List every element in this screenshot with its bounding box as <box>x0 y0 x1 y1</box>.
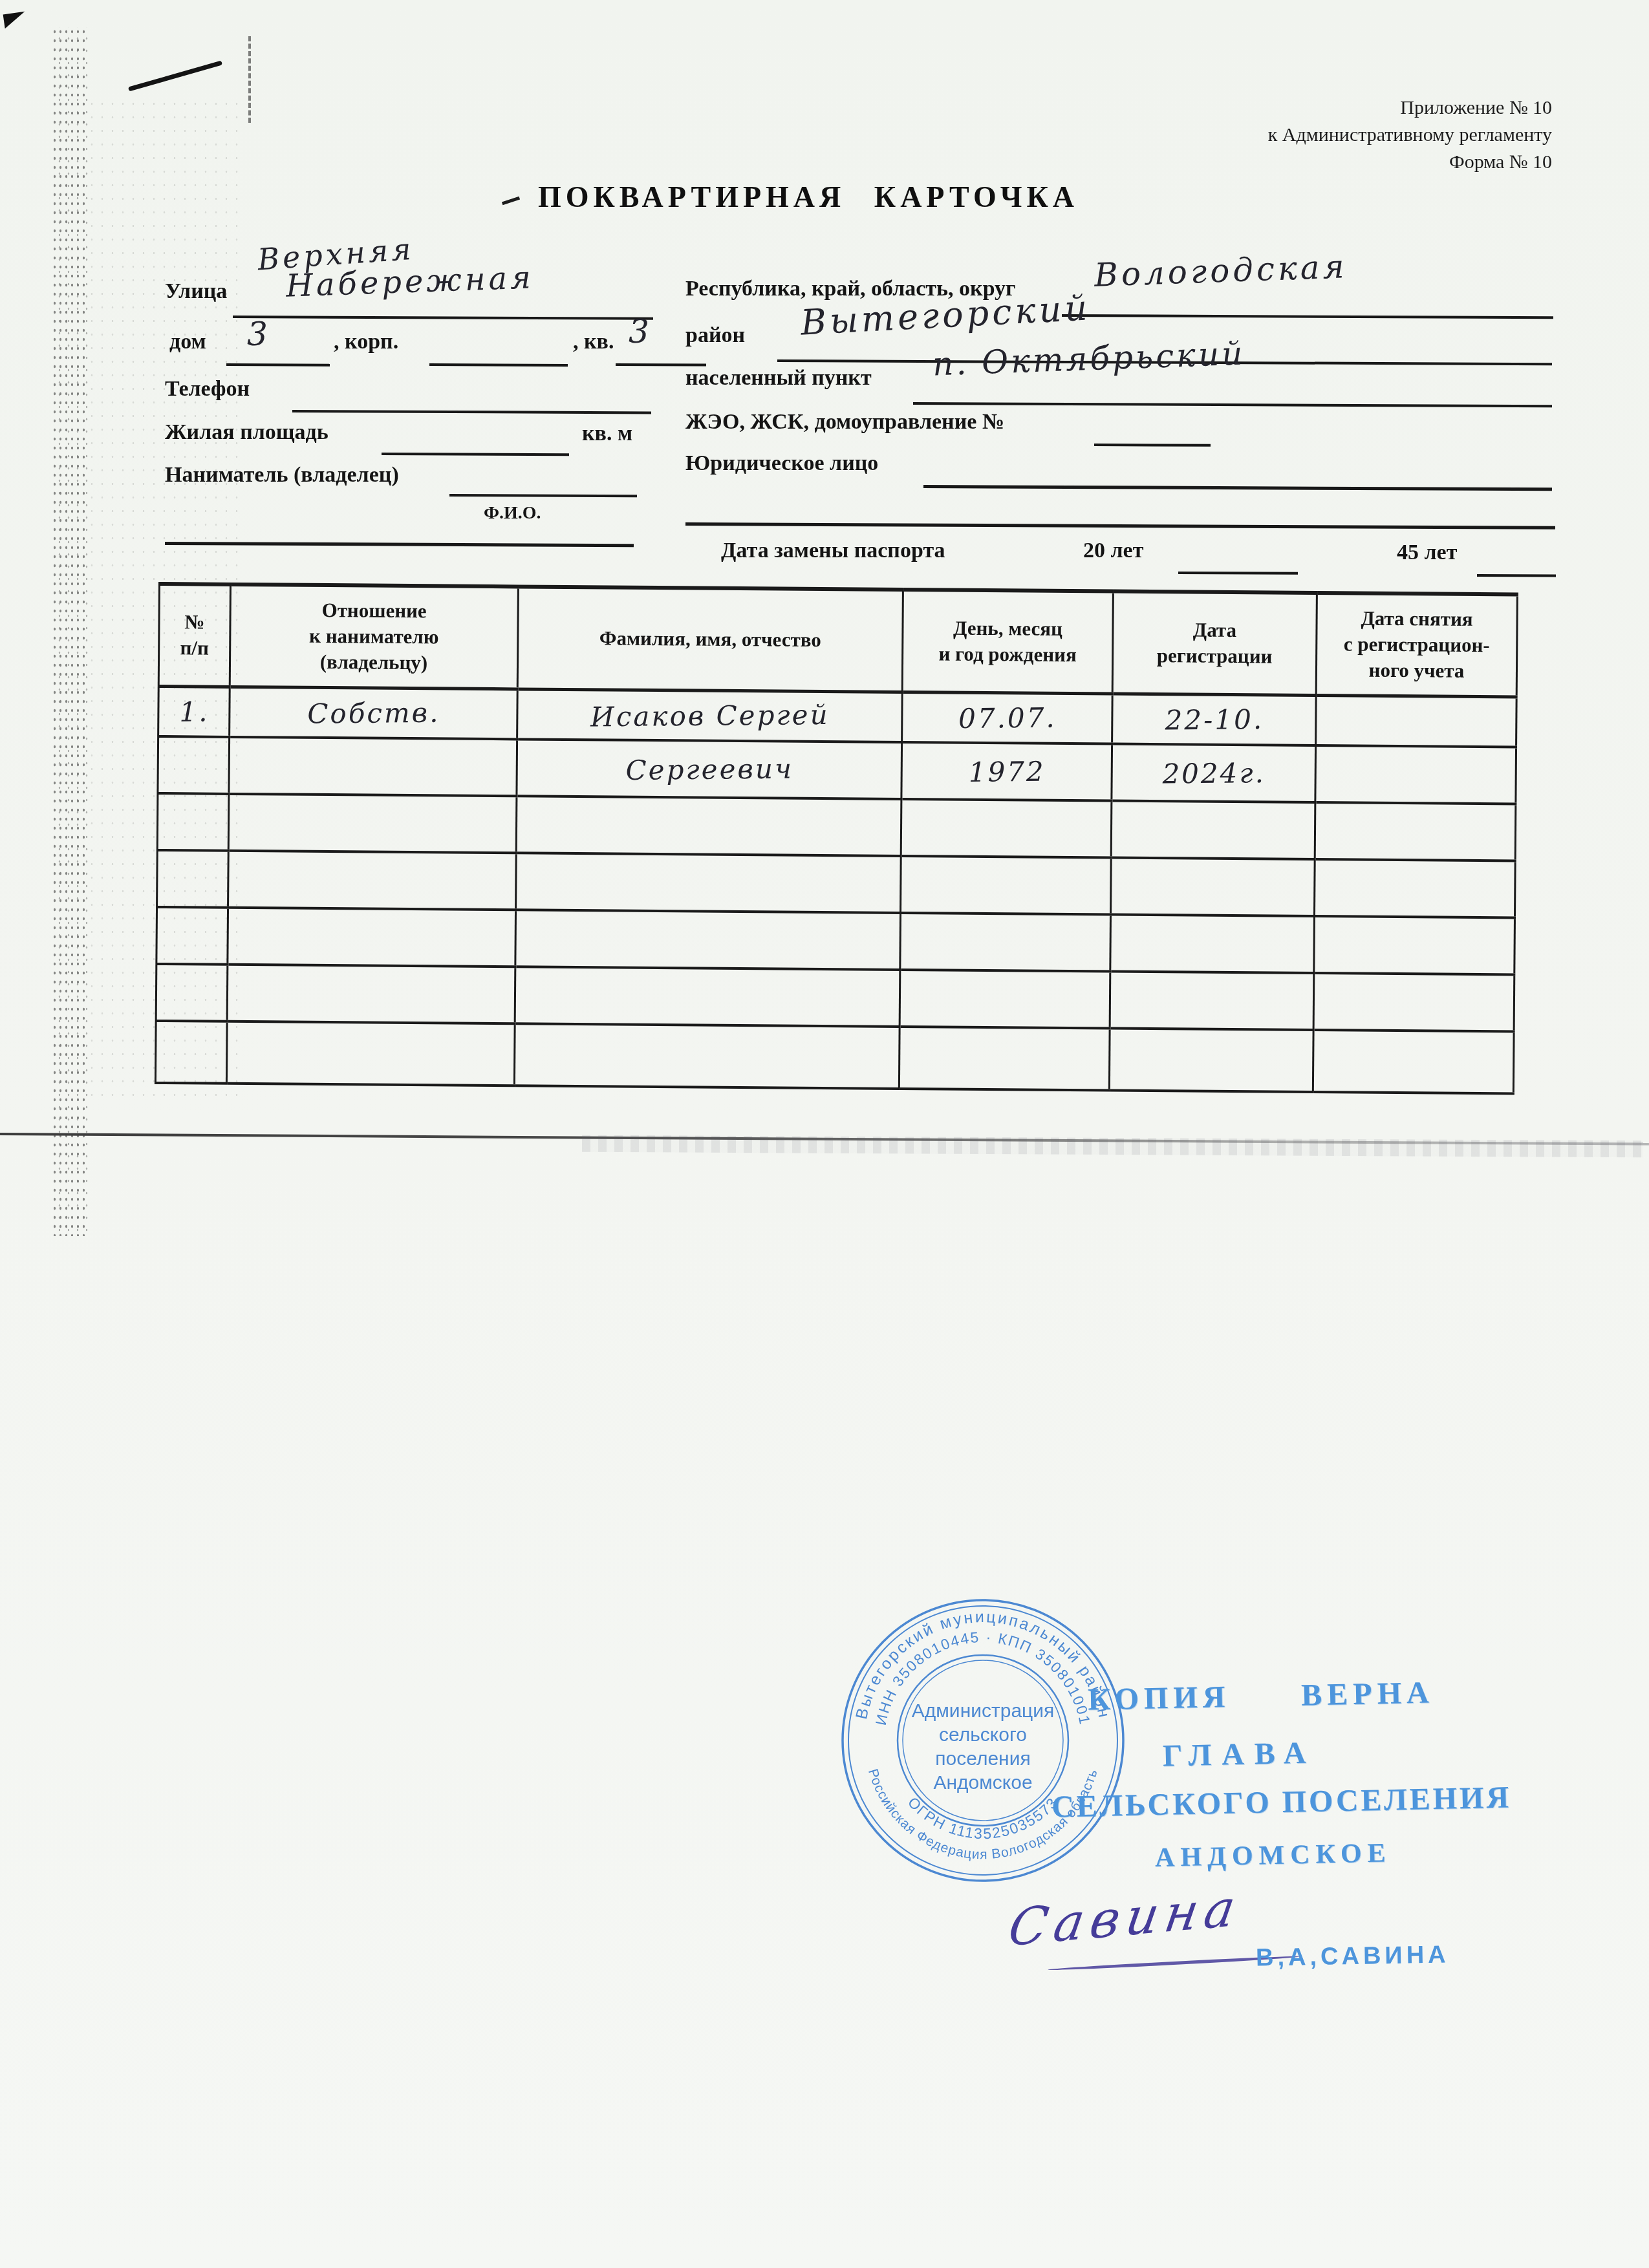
passport-20-label: 20 лет <box>1083 539 1143 563</box>
table-cell <box>1109 1029 1313 1092</box>
table-row <box>156 964 1514 1031</box>
settlement-label: населенный пункт <box>685 366 872 390</box>
zheo-label: ЖЭО, ЖСК, домоуправление № <box>685 410 1004 434</box>
table-cell: Исаков Сергей <box>517 689 903 743</box>
seal-center-line: поселения <box>935 1748 1030 1770</box>
table-header-row: № п/п Отношение к нанимателю (владельцу)… <box>158 584 1517 696</box>
district-label: район <box>685 323 745 348</box>
table-cell <box>1314 916 1515 974</box>
andomskoe-stamp: АНДОМСКОЕ <box>1155 1837 1392 1874</box>
table-cell <box>157 850 229 908</box>
municipal-seal-stamp: Вытегорский муниципальный район Российск… <box>833 1590 1134 1891</box>
appendix-block: Приложение № 10 к Административному регл… <box>1268 94 1552 176</box>
table-cell: 1972 <box>901 742 1112 801</box>
table-cell <box>516 796 901 856</box>
passport-20-underline <box>1178 572 1298 575</box>
col-header-regdate: Дата регистрации <box>1112 592 1317 695</box>
table-cell <box>228 851 517 910</box>
table-cell <box>1111 858 1315 916</box>
glava-stamp: ГЛАВА <box>1162 1735 1316 1774</box>
table-cell <box>516 853 901 913</box>
table-cell <box>1315 802 1516 861</box>
table-cell <box>228 908 516 967</box>
table-cell <box>155 1021 227 1084</box>
signer-name-stamp: В,А,САВИНА <box>1256 1941 1450 1972</box>
appendix-line: Приложение № 10 <box>1268 94 1552 122</box>
street-label: Улица <box>165 279 227 304</box>
verna-word: ВЕРНА <box>1301 1674 1434 1713</box>
corp-underline <box>429 363 568 367</box>
table-cell <box>227 965 515 1023</box>
col-header-fio: Фамилия, имя, отчество <box>517 586 903 692</box>
table-cell <box>901 799 1112 858</box>
passport-45-label: 45 лет <box>1397 540 1457 565</box>
seal-center-line: сельского <box>939 1724 1027 1746</box>
table-cell <box>156 907 228 965</box>
seal-center-line: Андомское <box>933 1772 1032 1793</box>
table-cell: Сергеевич <box>517 739 902 800</box>
appendix-line: к Административному регламенту <box>1268 122 1552 149</box>
settlement-underline <box>913 402 1552 407</box>
house-value: 3 <box>247 316 268 353</box>
region-value: Вологодская <box>1094 248 1348 294</box>
table-cell <box>900 913 1111 972</box>
apt-label: , кв. <box>573 330 614 354</box>
table-cell <box>515 967 900 1027</box>
table-cell <box>1111 801 1315 859</box>
tenant-underline <box>449 494 637 497</box>
col-header-number: № п/п <box>158 584 230 687</box>
table-row <box>157 793 1516 861</box>
phone-label: Телефон <box>165 377 250 401</box>
table-cell: 2024г. <box>1112 744 1316 802</box>
table-cell <box>900 970 1110 1029</box>
table-cell <box>157 793 229 851</box>
table-cell: 07.07. <box>902 692 1113 744</box>
street-underline <box>233 316 653 320</box>
table-cell <box>515 910 901 970</box>
col-header-birthdate: День, месяц и год рождения <box>902 590 1113 694</box>
scan-corner-artifact <box>3 12 27 29</box>
table-cell: 22-10. <box>1112 693 1317 745</box>
legal-entity-label: Юридическое лицо <box>685 451 878 476</box>
passport-replace-label: Дата замены паспорта <box>721 539 945 563</box>
table-row: Сергеевич19722024г. <box>158 736 1516 804</box>
tenant-label: Наниматель (владелец) <box>165 463 399 487</box>
street-value: Набережная <box>285 259 535 304</box>
page-title: ПОКВАРТИРНАЯ КАРТОЧКА <box>453 180 1164 214</box>
table-cell <box>156 964 228 1022</box>
pen-stroke-mark <box>128 60 222 91</box>
table-cell: 1. <box>158 686 230 737</box>
area-label: Жилая площадь <box>165 420 329 445</box>
scan-noise-band <box>52 27 88 1236</box>
area-unit-label: кв. м <box>582 422 632 446</box>
table-row <box>156 907 1515 974</box>
appendix-line: Форма № 10 <box>1268 149 1552 176</box>
region-underline <box>1062 314 1553 319</box>
table-cell <box>1315 745 1516 804</box>
registration-table: № п/п Отношение к нанимателю (владельцу)… <box>155 582 1519 1095</box>
seal-center-line: Администрация <box>912 1700 1055 1722</box>
table-cell <box>226 1022 515 1086</box>
house-label: дом <box>169 330 206 354</box>
table-cell: Собств. <box>230 686 518 739</box>
table-cell <box>1313 973 1514 1031</box>
table-cell <box>1316 695 1517 747</box>
table-cell <box>901 856 1112 915</box>
apt-value: 3 <box>629 313 649 350</box>
col-header-deregdate: Дата снятия с регистрацион- ного учета <box>1316 593 1517 696</box>
table-cell <box>158 736 230 794</box>
table-cell <box>514 1023 900 1089</box>
col-header-relation: Отношение к нанимателю (владельцу) <box>230 584 518 689</box>
zheo-underline <box>1094 444 1211 447</box>
corp-label: , корп. <box>334 330 398 354</box>
table-cell <box>1110 972 1314 1030</box>
legal-entity-underline <box>923 485 1552 491</box>
passport-45-underline <box>1477 574 1556 577</box>
table-cell <box>1110 915 1315 973</box>
table-cell <box>899 1027 1110 1091</box>
table-row <box>155 1021 1514 1093</box>
dotted-scan-marks <box>248 36 251 123</box>
table-cell <box>228 794 517 853</box>
fio-caption: Ф.И.О. <box>484 503 541 524</box>
table-cell <box>229 737 517 796</box>
table-cell <box>1313 1030 1514 1093</box>
right-blank-underline <box>685 522 1555 530</box>
table-row: 1.Собств.Исаков Сергей07.07.22-10. <box>158 686 1517 747</box>
scanned-page: { "colors":{"stamp_ink":"#4080d0","stamp… <box>0 0 1649 2268</box>
table-row <box>157 850 1516 917</box>
phone-underline <box>292 410 651 414</box>
card-edge-smudge <box>582 1135 1643 1158</box>
settlement-value: п. Октябрьский <box>932 335 1245 383</box>
copy-verna-stamp: КОПИЯ ВЕРНА <box>1087 1674 1434 1717</box>
area-underline <box>382 453 569 456</box>
table-body: 1.Собств.Исаков Сергей07.07.22-10.Сергее… <box>155 686 1516 1093</box>
house-underline <box>226 363 330 367</box>
copy-word: КОПИЯ <box>1087 1679 1230 1718</box>
table-cell <box>1314 859 1515 917</box>
